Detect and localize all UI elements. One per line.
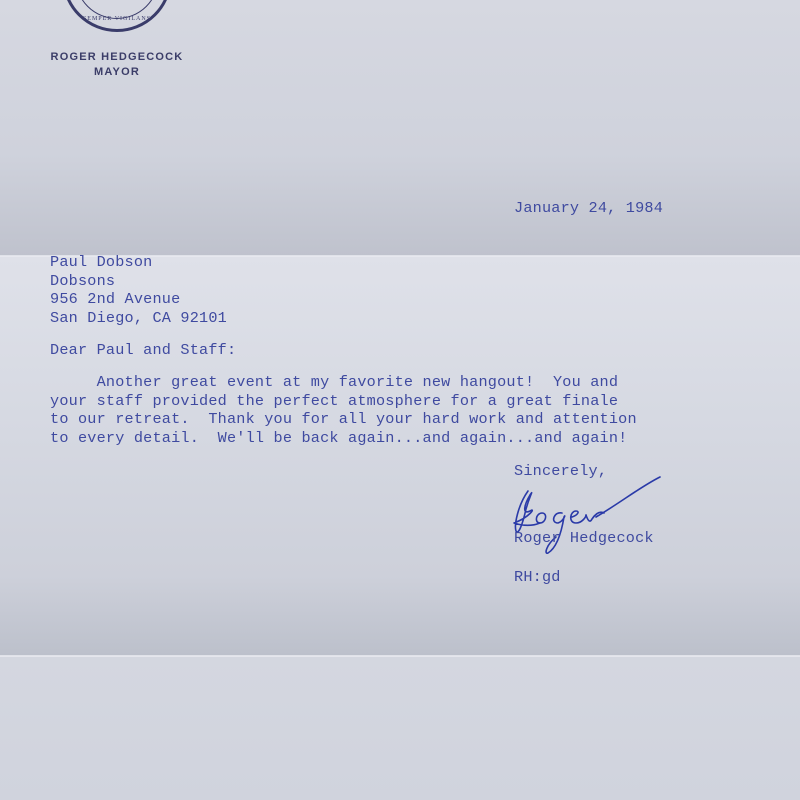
recipient-city: San Diego, CA 92101 [50,309,227,328]
letter-body: Another great event at my favorite new h… [50,373,637,447]
recipient-address: Paul DobsonDobsons956 2nd AvenueSan Dieg… [50,253,227,327]
recipient-street: 956 2nd Avenue [50,290,227,309]
paper-top-panel [0,0,800,256]
handwritten-signature: Roger [500,465,670,585]
paper-bottom-panel [0,656,800,800]
reference-initials: RH:gd [514,568,561,587]
recipient-company: Dobsons [50,272,227,291]
fold-line [0,655,800,657]
letterhead: ROGER HEDGECOCK MAYOR [20,50,214,80]
seal-motto: SEMPER VIGILANS [82,16,152,22]
body-line: to our retreat. Thank you for all your h… [50,410,637,429]
salutation: Dear Paul and Staff: [50,341,236,360]
letter-date: January 24, 1984 [514,199,663,218]
body-line: to every detail. We'll be back again...a… [50,429,637,448]
letterhead-name: ROGER HEDGECOCK [20,50,214,65]
letterhead-title: MAYOR [20,65,214,80]
recipient-name: Paul Dobson [50,253,227,272]
body-line: Another great event at my favorite new h… [50,373,637,392]
body-line: your staff provided the perfect atmosphe… [50,392,637,411]
signer-name: Roger Hedgecock [514,529,654,548]
